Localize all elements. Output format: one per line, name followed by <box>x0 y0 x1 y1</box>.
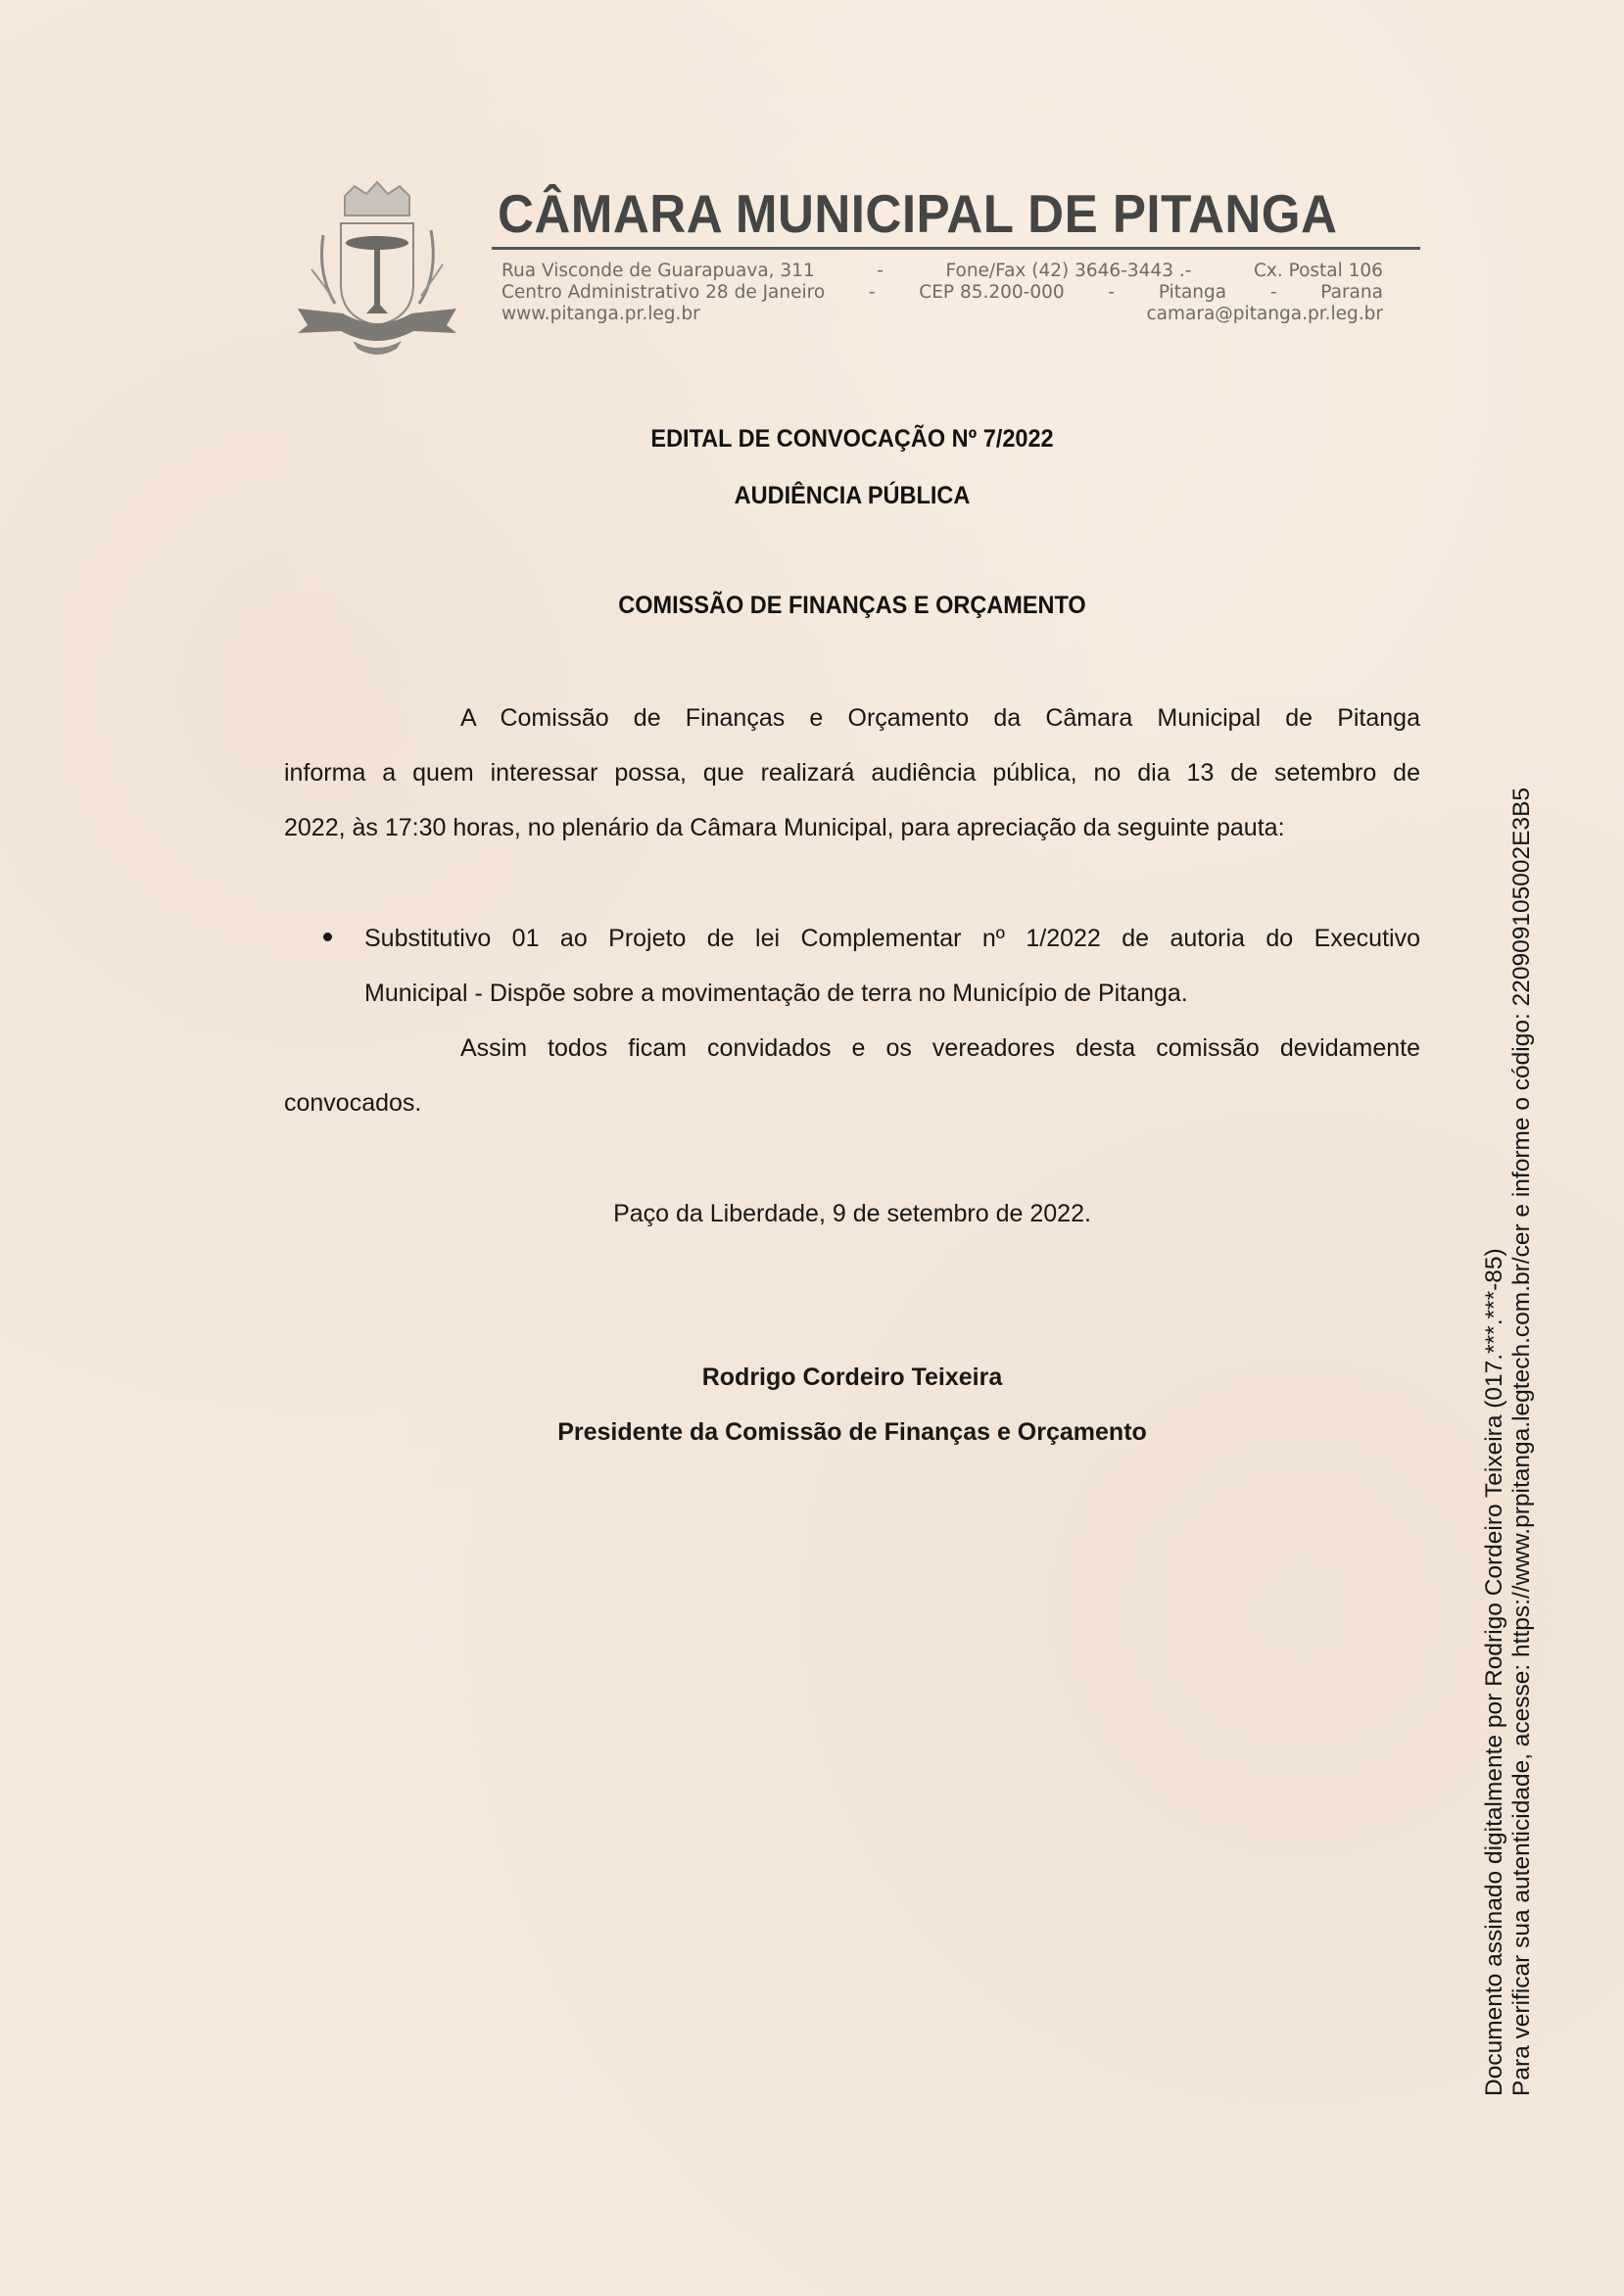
address: Rua Visconde de Guarapuava, 311 <box>502 261 815 282</box>
header-divider <box>492 247 1420 250</box>
website-link[interactable]: www.pitanga.pr.leg.br <box>502 304 700 325</box>
postal-code: CEP 85.200-000 <box>919 282 1064 304</box>
contact-row-web: www.pitanga.pr.leg.br camara@pitanga.pr.… <box>502 304 1383 325</box>
agenda-line: Municipal - Dispõe sobre a movimentação … <box>364 966 1420 1021</box>
document-subtitle: AUDIÊNCIA PÚBLICA <box>318 482 1386 510</box>
place-date: Paço da Liberdade, 9 de setembro de 2022… <box>284 1200 1420 1228</box>
admin-center: Centro Administrativo 28 de Janeiro <box>502 282 825 304</box>
signatory-name: Rodrigo Cordeiro Teixeira <box>284 1363 1420 1392</box>
state: Parana <box>1320 282 1383 304</box>
coat-of-arms-icon <box>284 176 470 362</box>
contact-row-address: Rua Visconde de Guarapuava, 311 - Fone/F… <box>502 261 1383 282</box>
org-name: CÂMARA MUNICIPAL DE PITANGA <box>498 182 1337 245</box>
email-link[interactable]: camara@pitanga.pr.leg.br <box>1147 304 1384 325</box>
document-title: EDITAL DE CONVOCAÇÃO Nº 7/2022 <box>318 425 1386 454</box>
bullet-icon <box>323 933 332 941</box>
signature-notice: Documento assinado digitalmente por Rodr… <box>1481 705 1508 2096</box>
intro-line: A Comissão de Finanças e Orçamento da Câ… <box>284 691 1420 745</box>
postal-box: Cx. Postal 106 <box>1254 261 1383 282</box>
separator: - <box>869 282 876 304</box>
agenda-line: Substitutivo 01 ao Projeto de lei Comple… <box>364 911 1420 966</box>
closing-paragraph: Assim todos ficam convidados e os veread… <box>284 1021 1420 1130</box>
closing-line: convocados. <box>284 1076 1420 1130</box>
separator: - <box>877 261 884 282</box>
separator: - <box>1108 282 1115 304</box>
intro-paragraph: A Comissão de Finanças e Orçamento da Câ… <box>284 691 1420 855</box>
agenda-item: Substitutivo 01 ao Projeto de lei Comple… <box>323 911 1420 1021</box>
city: Pitanga <box>1159 282 1226 304</box>
intro-line: 2022, às 17:30 horas, no plenário da Câm… <box>284 800 1420 855</box>
committee-heading: COMISSÃO DE FINANÇAS E ORÇAMENTO <box>318 592 1386 620</box>
digital-signature-stamp: Documento assinado digitalmente por Rodr… <box>1481 705 1536 2096</box>
separator: - <box>1270 282 1277 304</box>
signatory-role: Presidente da Comissão de Finanças e Orç… <box>284 1418 1420 1447</box>
letterhead: CÂMARA MUNICIPAL DE PITANGA Rua Visconde… <box>284 167 1430 362</box>
contact-row-location: Centro Administrativo 28 de Janeiro - CE… <box>502 282 1383 304</box>
contact-block: Rua Visconde de Guarapuava, 311 - Fone/F… <box>502 261 1383 325</box>
agenda-item-text: Substitutivo 01 ao Projeto de lei Comple… <box>364 911 1420 1021</box>
intro-line: informa a quem interessar possa, que rea… <box>284 745 1420 800</box>
verification-notice: Para verificar sua autenticidade, acesse… <box>1508 705 1536 2096</box>
closing-line: Assim todos ficam convidados e os veread… <box>284 1021 1420 1076</box>
phone: Fone/Fax (42) 3646-3443 .- <box>946 261 1192 282</box>
